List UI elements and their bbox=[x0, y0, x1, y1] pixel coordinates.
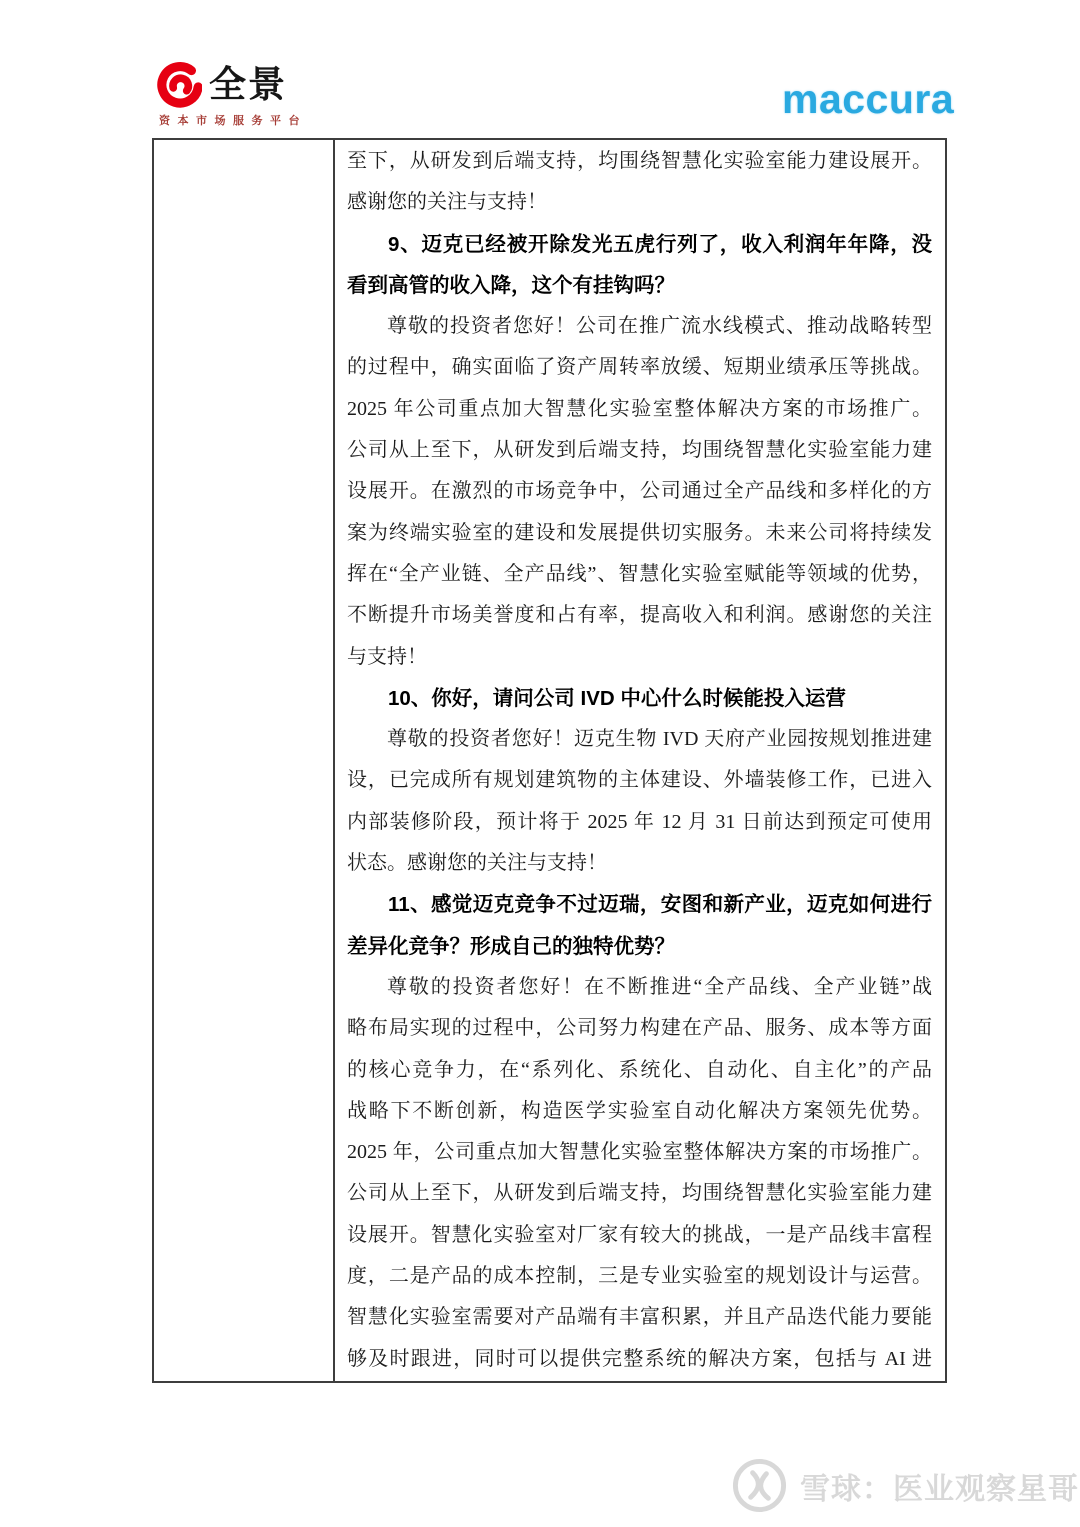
answer-line: 的过程中，确实面临了资产周转率放缓、短期业绩承压等挑战。 bbox=[347, 347, 932, 388]
answer-line: 感谢您的关注与支持！ bbox=[347, 182, 932, 223]
document-page: 全景 资本市场服务平台 maccura 至下，从研发到后端支持，均围绕智慧化实验… bbox=[0, 0, 1080, 1527]
answer-line: 至下，从研发到后端支持，均围绕智慧化实验室能力建设展开。 bbox=[347, 141, 932, 182]
answer-line: 设展开。智慧化实验室对厂家有较大的挑战，一是产品线丰富程 bbox=[347, 1215, 932, 1256]
question-line: 差异化竞争？形成自己的独特优势？ bbox=[347, 926, 932, 967]
question-line: 看到高管的收入降，这个有挂钩吗？ bbox=[347, 265, 932, 306]
answer-line: 略布局实现的过程中，公司努力构建在产品、服务、成本等方面 bbox=[347, 1008, 932, 1049]
answer-line: 战略下不断创新，构造医学实验室自动化解决方案领先优势。 bbox=[347, 1091, 932, 1132]
quanjing-swirl-icon bbox=[156, 62, 202, 108]
qa-rich-text: 至下，从研发到后端支持，均围绕智慧化实验室能力建设展开。感谢您的关注与支持！9、… bbox=[347, 141, 932, 1380]
question-line: 9、迈克已经被开除发光五虎行列了，收入利润年年降，没 bbox=[347, 224, 932, 265]
quanjing-logo-text: 全景 bbox=[209, 62, 287, 108]
answer-line: 挥在“全产业链、全产品线”、智慧化实验室赋能等领域的优势， bbox=[347, 554, 932, 595]
answer-line: 公司从上至下，从研发到后端支持，均围绕智慧化实验室能力建 bbox=[347, 1173, 932, 1214]
answer-line: 尊敬的投资者您好！公司在推广流水线模式、推动战略转型 bbox=[347, 306, 932, 347]
quanjing-logo: 全景 资本市场服务平台 bbox=[156, 62, 307, 128]
answer-line: 与支持！ bbox=[347, 637, 932, 678]
xueqiu-logo-icon bbox=[731, 1457, 788, 1514]
quanjing-logo-subtitle: 资本市场服务平台 bbox=[156, 112, 307, 128]
watermark-text: 雪球：医业观察星哥 bbox=[800, 1464, 1079, 1508]
answer-line: 不断提升市场美誉度和占有率，提高收入和利润。感谢您的关注 bbox=[347, 595, 932, 636]
answer-line: 状态。感谢您的关注与支持！ bbox=[347, 843, 932, 884]
answer-line: 智慧化实验室需要对产品端有丰富积累，并且产品迭代能力要能 bbox=[347, 1297, 932, 1338]
question-line: 11、感觉迈克竞争不过迈瑞，安图和新产业，迈克如何进行 bbox=[347, 884, 932, 925]
answer-line: 够及时跟进，同时可以提供完整系统的解决方案，包括与 AI 进 bbox=[347, 1339, 932, 1380]
answer-line: 尊敬的投资者您好！在不断推进“全产品线、全产业链”战 bbox=[347, 967, 932, 1008]
answer-line: 度，二是产品的成本控制，三是专业实验室的规划设计与运营。 bbox=[347, 1256, 932, 1297]
watermark: 雪球：医业观察星哥 bbox=[731, 1457, 1079, 1514]
answer-line: 案为终端实验室的建设和发展提供切实服务。未来公司将持续发 bbox=[347, 513, 932, 554]
table-right-cell: 至下，从研发到后端支持，均围绕智慧化实验室能力建设展开。感谢您的关注与支持！9、… bbox=[335, 140, 945, 1381]
maccura-logo-wordmark: maccura bbox=[782, 76, 952, 123]
qa-table: 至下，从研发到后端支持，均围绕智慧化实验室能力建设展开。感谢您的关注与支持！9、… bbox=[152, 138, 947, 1383]
answer-line: 2025 年公司重点加大智慧化实验室整体解决方案的市场推广。 bbox=[347, 389, 932, 430]
question-line: 10、你好，请问公司 IVD 中心什么时候能投入运营 bbox=[347, 678, 932, 719]
answer-line: 公司从上至下，从研发到后端支持，均围绕智慧化实验室能力建 bbox=[347, 430, 932, 471]
answer-line: 2025 年，公司重点加大智慧化实验室整体解决方案的市场推广。 bbox=[347, 1132, 932, 1173]
answer-line: 的核心竞争力，在“系列化、系统化、自动化、自主化”的产品 bbox=[347, 1050, 932, 1091]
table-left-cell bbox=[154, 140, 335, 1381]
answer-line: 设，已完成所有规划建筑物的主体建设、外墙装修工作，已进入 bbox=[347, 760, 932, 801]
answer-line: 尊敬的投资者您好！迈克生物 IVD 天府产业园按规划推进建 bbox=[347, 719, 932, 760]
answer-line: 设展开。在激烈的市场竞争中，公司通过全产品线和多样化的方 bbox=[347, 471, 932, 512]
answer-line: 内部装修阶段，预计将于 2025 年 12 月 31 日前达到预定可使用 bbox=[347, 802, 932, 843]
